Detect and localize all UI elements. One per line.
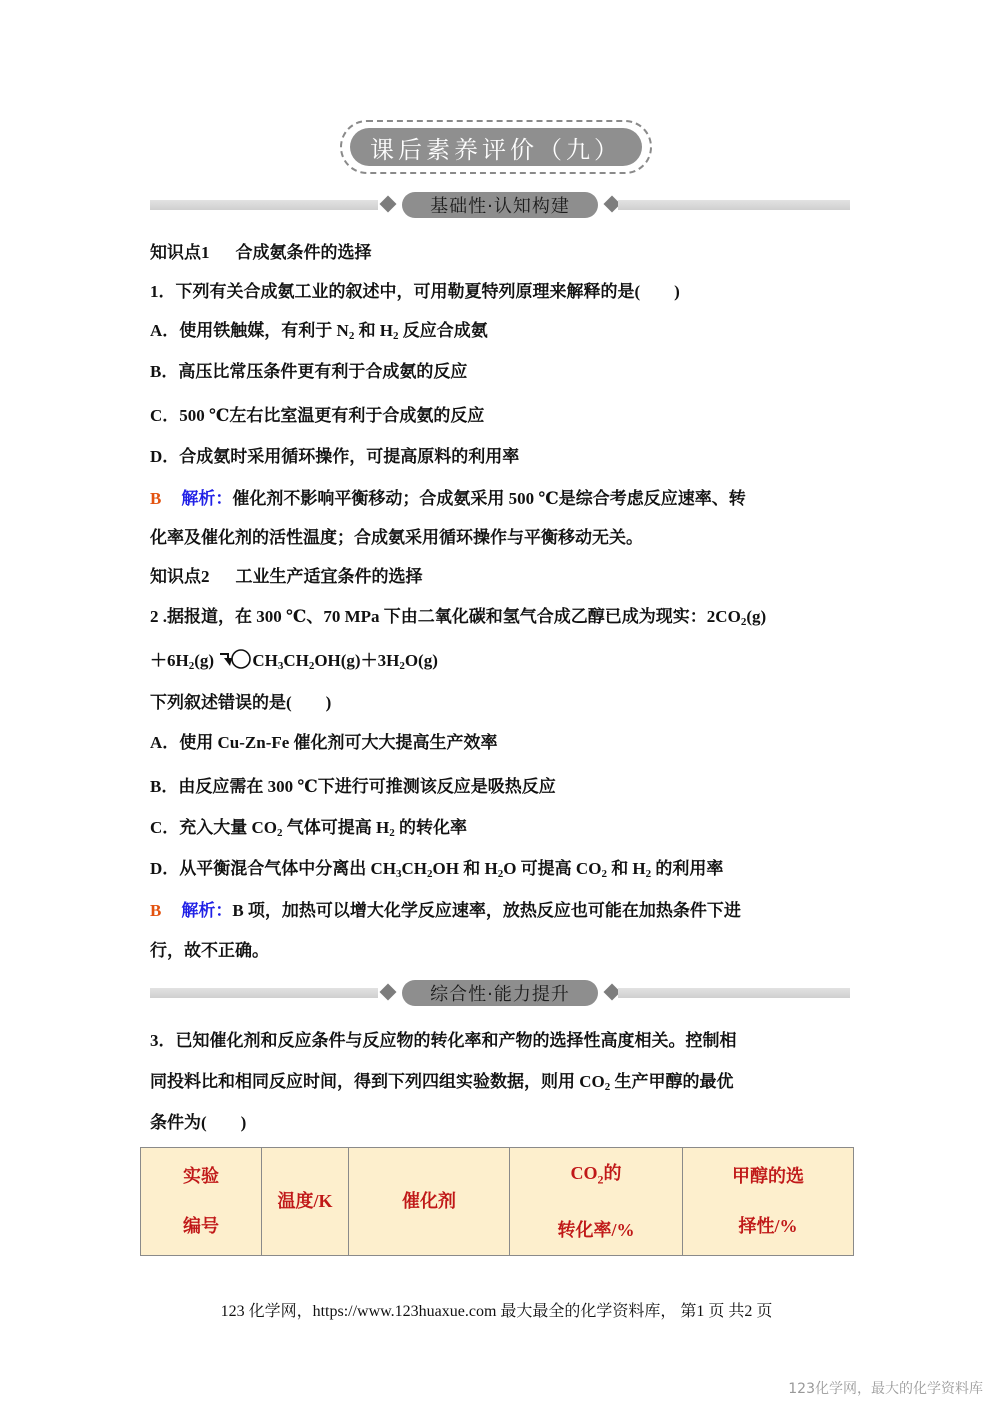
text: C．充入大量 CO <box>150 818 277 837</box>
text: D．从平衡混合气体中分离出 CH <box>150 859 396 878</box>
q2-option-a: A．使用 Cu-Zn-Fe 催化剂可大大提高生产效率 <box>150 728 850 753</box>
answer-label: B <box>150 901 161 920</box>
q1-option-c: C．500 ℃左右比室温更有利于合成氨的反应 <box>150 401 850 426</box>
q2-equation: ＋6H2(g) CH3CH2OH(g)＋3H2O(g) <box>150 646 850 672</box>
analysis-text: 催化剂不影响平衡移动；合成氨采用 500 ℃是综合考虑反应速率、转 <box>232 489 745 508</box>
q2-question: 下列叙述错误的是( ) <box>150 688 850 713</box>
diamond-icon <box>380 196 397 213</box>
header-text: 催化剂 <box>349 1176 509 1226</box>
text: 和 H <box>607 859 646 878</box>
knowledge-point-heading: 知识点1合成氨条件的选择 <box>150 238 850 263</box>
text: 2 .据报道，在 300 ℃、70 MPa 下由二氧化碳和氢气合成乙醇已成为现实… <box>150 607 741 626</box>
section-title: 基础性·认知构建 <box>402 192 598 218</box>
col-methanol-selectivity: 甲醇的选 择性/% <box>683 1148 854 1256</box>
text: CH <box>283 651 309 670</box>
text: CO <box>571 1163 598 1183</box>
text: OH(g)＋3H <box>314 651 399 670</box>
q1-option-b: B．高压比常压条件更有利于合成氨的反应 <box>150 357 850 382</box>
text: ＋6H <box>150 651 189 670</box>
text: 同投料比和相同反应时间，得到下列四组实验数据，则用 CO <box>150 1072 605 1091</box>
question-2-stem: 2 .据报道，在 300 ℃、70 MPa 下由二氧化碳和氢气合成乙醇已成为现实… <box>150 602 850 628</box>
experiment-table: 实验 编号 温度/K 催化剂 CO2的 转化率/% 甲醇的选 择性/% <box>140 1147 854 1256</box>
header-text: 择性/% <box>683 1201 853 1251</box>
kp-label: 知识点2 <box>150 567 210 586</box>
divider-bar <box>150 988 378 998</box>
page-footer: 123 化学网，https://www.123huaxue.com 最大最全的化… <box>0 1298 993 1321</box>
header-text: CO2的 <box>510 1148 682 1205</box>
text: 反应合成氨 <box>399 321 488 340</box>
divider-bar <box>618 200 850 210</box>
text: (g) <box>194 651 214 670</box>
analysis-label: 解析： <box>181 901 232 920</box>
header-text: 编号 <box>141 1201 261 1251</box>
q2-option-d: D．从平衡混合气体中分离出 CH3CH2OH 和 H2O 可提高 CO2 和 H… <box>150 854 850 880</box>
text: CH <box>402 859 428 878</box>
text: 和 H <box>354 321 393 340</box>
header-text: 实验 <box>141 1151 261 1201</box>
answer-label: B <box>150 489 161 508</box>
section-divider-basic: 基础性·认知构建 <box>150 192 850 218</box>
col-co2-conversion: CO2的 转化率/% <box>510 1148 683 1256</box>
watermark: 123化学网，最大的化学资料库 <box>788 1378 983 1398</box>
q2-option-c: C．充入大量 CO2 气体可提高 H2 的转化率 <box>150 813 850 839</box>
q1-analysis-cont: 化率及催化剂的活性温度；合成氨采用循环操作与平衡移动无关。 <box>150 523 850 548</box>
header-text: 甲醇的选 <box>683 1151 853 1201</box>
header-text: 温度/K <box>262 1176 348 1226</box>
question-3-stem: 3．已知催化剂和反应条件与反应物的转化率和产物的选择性高度相关。控制相 <box>150 1026 850 1051</box>
q1-analysis: B解析：催化剂不影响平衡移动；合成氨采用 500 ℃是综合考虑反应速率、转 <box>150 484 850 509</box>
q1-option-d: D．合成氨时采用循环操作，可提高原料的利用率 <box>150 442 850 467</box>
question-3-stem-end: 条件为( ) <box>150 1108 850 1133</box>
text: O(g) <box>405 651 438 670</box>
text: OH 和 H <box>433 859 498 878</box>
kp-label: 知识点1 <box>150 243 210 262</box>
col-temperature: 温度/K <box>262 1148 349 1256</box>
text: (g) <box>746 607 766 626</box>
analysis-text: B 项，加热可以增大化学反应速率，放热反应也可能在加热条件下进 <box>232 901 741 920</box>
table-header-row: 实验 编号 温度/K 催化剂 CO2的 转化率/% 甲醇的选 择性/% <box>141 1148 854 1256</box>
analysis-label: 解析： <box>181 489 232 508</box>
divider-bar <box>618 988 850 998</box>
page-title: 课后素养评价（九） <box>350 128 642 166</box>
col-catalyst: 催化剂 <box>349 1148 510 1256</box>
text: A．使用铁触媒，有利于 N <box>150 321 349 340</box>
section-divider-advanced: 综合性·能力提升 <box>150 980 850 1006</box>
knowledge-point-heading: 知识点2工业生产适宜条件的选择 <box>150 562 850 587</box>
header-text: 转化率/% <box>510 1205 682 1255</box>
kp-title: 合成氨条件的选择 <box>236 243 372 262</box>
question-1-stem: 1．下列有关合成氨工业的叙述中，可用勒夏特列原理来解释的是( ) <box>150 277 850 302</box>
q1-option-a: A．使用铁触媒，有利于 N2 和 H2 反应合成氨 <box>150 316 850 342</box>
title-frame: 课后素养评价（九） <box>340 120 652 174</box>
q2-analysis-cont: 行，故不正确。 <box>150 936 850 961</box>
text: O 可提高 CO <box>503 859 601 878</box>
col-experiment-no: 实验 编号 <box>141 1148 262 1256</box>
q2-analysis: B解析：B 项，加热可以增大化学反应速率，放热反应也可能在加热条件下进 <box>150 896 850 921</box>
section-title: 综合性·能力提升 <box>402 980 598 1006</box>
text: 的转化率 <box>395 818 467 837</box>
text: 气体可提高 H <box>283 818 390 837</box>
q2-option-b: B．由反应需在 300 ℃下进行可推测该反应是吸热反应 <box>150 772 850 797</box>
text: 的 <box>604 1163 622 1183</box>
catalyst-arrow-icon <box>218 648 252 668</box>
text: 生产甲醇的最优 <box>610 1072 733 1091</box>
divider-bar <box>150 200 378 210</box>
text: 的利用率 <box>651 859 723 878</box>
diamond-icon <box>380 984 397 1001</box>
question-3-stem-cont: 同投料比和相同反应时间，得到下列四组实验数据，则用 CO2 生产甲醇的最优 <box>150 1067 850 1093</box>
kp-title: 工业生产适宜条件的选择 <box>236 567 423 586</box>
text: CH <box>252 651 278 670</box>
